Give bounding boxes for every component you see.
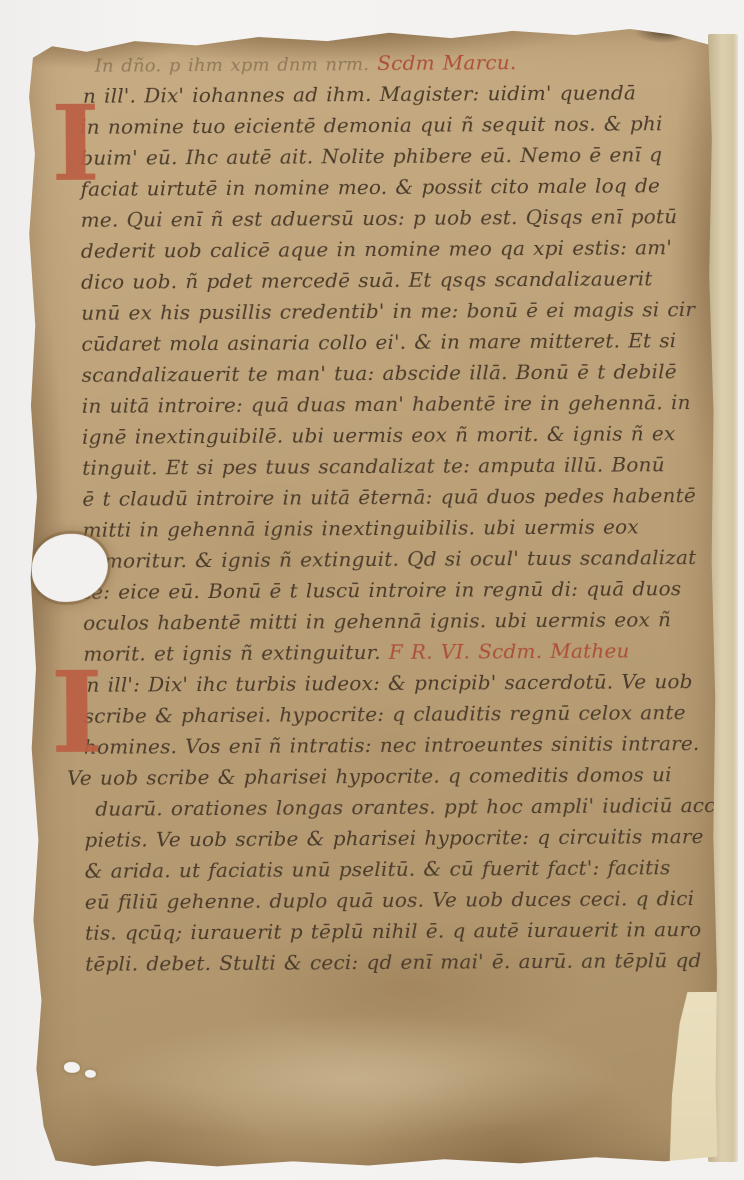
body-text: ignē inextinguibilē. ubi uermis eox ñ mo… bbox=[82, 421, 676, 449]
text-line: In dño. p ihm xpm dnm nrm. Scdm Marcu. bbox=[63, 46, 699, 81]
body-text: mitti in gehennā ignis inextinguibilis. … bbox=[83, 514, 639, 541]
body-text: duarū. orationes longas orantes. ppt hoc… bbox=[95, 793, 722, 821]
body-text: buim' eū. Ihc autē ait. Nolite phibere e… bbox=[80, 142, 662, 170]
rubric-text: F R. VI. Scdm. Matheu bbox=[389, 638, 630, 663]
text-line: te: eice eū. Bonū ē t luscū introire in … bbox=[66, 573, 702, 608]
body-text: faciat uirtutē in nomine meo. & possit c… bbox=[80, 173, 660, 201]
body-text: n ill'. Dix' iohannes ad ihm. Magister: … bbox=[83, 80, 636, 107]
body-text: dico uob. ñ pdet mercedē suā. Et qsqs sc… bbox=[81, 266, 653, 293]
worm-hole-2 bbox=[85, 1070, 96, 1078]
text-line: eū filiū gehenne. duplo quā uos. Ve uob … bbox=[68, 883, 704, 918]
text-line: tēpli. debet. Stulti & ceci: qd enī mai'… bbox=[68, 945, 704, 980]
text-line: tinguit. Et si pes tuus scandalizat te: … bbox=[65, 449, 701, 484]
body-text: scribe & pharisei. hypocrite: q clauditi… bbox=[84, 700, 686, 728]
initial-letter-2: I bbox=[50, 658, 103, 770]
text-line: Ve uob scribe & pharisei hypocrite. q co… bbox=[67, 759, 703, 794]
text-line: n ill'. Dix' iohannes ad ihm. Magister: … bbox=[63, 77, 699, 112]
text-line: unū ex his pusillis credentib' in me: bo… bbox=[64, 294, 700, 329]
text-line: in uitā introire: quā duas man' habentē … bbox=[65, 387, 701, 422]
body-text: n ill': Dix' ihc turbis iudeox: & pncipi… bbox=[86, 669, 692, 697]
manuscript-leaf: In dño. p ihm xpm dnm nrm. Scdm Marcu.n … bbox=[25, 24, 720, 1172]
body-text: ē t claudū introire in uitā ēternā: quā … bbox=[82, 483, 696, 511]
text-line: tis. qcūq; iurauerit p tēplū nihil ē. q … bbox=[68, 914, 704, 949]
body-text: ñ moritur. & ignis ñ extinguit. Qd si oc… bbox=[83, 545, 697, 573]
body-text: in nomine tuo eicientē demonia qui ñ seq… bbox=[80, 111, 663, 139]
body-text: tēpli. debet. Stulti & ceci: qd enī mai'… bbox=[85, 948, 701, 976]
text-line: ignē inextinguibilē. ubi uermis eox ñ mo… bbox=[65, 418, 701, 453]
body-text: me. Qui enī ñ est aduersū uos: p uob est… bbox=[81, 204, 678, 232]
text-line: faciat uirtutē in nomine meo. & possit c… bbox=[63, 170, 699, 205]
body-text: oculos habentē mitti in gehennā ignis. u… bbox=[83, 607, 671, 635]
body-text: in uitā introire: quā duas man' habentē … bbox=[82, 390, 691, 418]
faint-text: In dño. p ihm xpm dnm nrm. bbox=[95, 54, 370, 77]
text-line: mitti in gehennā ignis inextinguibilis. … bbox=[65, 511, 701, 546]
initial-letter-1: I bbox=[51, 92, 100, 196]
body-text: eū filiū gehenne. duplo quā uos. Ve uob … bbox=[85, 886, 694, 914]
scan-background: In dño. p ihm xpm dnm nrm. Scdm Marcu.n … bbox=[0, 0, 744, 1180]
text-line: scandalizauerit te man' tua: abscide ill… bbox=[65, 356, 701, 391]
text-block: In dño. p ihm xpm dnm nrm. Scdm Marcu.n … bbox=[63, 46, 705, 980]
text-line: morit. et ignis ñ extinguitur. F R. VI. … bbox=[66, 635, 702, 670]
body-text: unū ex his pusillis credentib' in me: bo… bbox=[81, 297, 695, 325]
body-text: tinguit. Et si pes tuus scandalizat te: … bbox=[82, 452, 665, 480]
body-text: dederit uob calicē aque in nomine meo qa… bbox=[81, 235, 672, 263]
text-line: scribe & pharisei. hypocrite: q clauditi… bbox=[67, 697, 703, 732]
body-text: Ve uob scribe & pharisei hypocrite. q co… bbox=[67, 762, 672, 790]
text-line: cūdaret mola asinaria collo ei'. & in ma… bbox=[64, 325, 700, 360]
body-text: scandalizauerit te man' tua: abscide ill… bbox=[82, 359, 677, 387]
body-text: pietis. Ve uob scribe & pharisei hypocri… bbox=[84, 824, 703, 852]
text-line: n ill': Dix' ihc turbis iudeox: & pncipi… bbox=[66, 666, 702, 701]
text-line: dico uob. ñ pdet mercedē suā. Et qsqs sc… bbox=[64, 263, 700, 298]
text-line: homines. Vos enī ñ intratis: nec introeu… bbox=[67, 728, 703, 763]
repair-patch bbox=[668, 992, 719, 1168]
text-line: buim' eū. Ihc autē ait. Nolite phibere e… bbox=[63, 139, 699, 174]
text-line: me. Qui enī ñ est aduersū uos: p uob est… bbox=[64, 201, 700, 236]
text-line: oculos habentē mitti in gehennā ignis. u… bbox=[66, 604, 702, 639]
body-text: cūdaret mola asinaria collo ei'. & in ma… bbox=[81, 328, 676, 356]
text-line: & arida. ut faciatis unū pselitū. & cū f… bbox=[68, 852, 704, 887]
text-line: duarū. orationes longas orantes. ppt hoc… bbox=[67, 790, 703, 825]
text-line: ñ moritur. & ignis ñ extinguit. Qd si oc… bbox=[66, 542, 702, 577]
rubric-text: Scdm Marcu. bbox=[369, 50, 516, 75]
text-line: in nomine tuo eicientē demonia qui ñ seq… bbox=[63, 108, 699, 143]
body-text: homines. Vos enī ñ intratis: nec introeu… bbox=[84, 731, 700, 759]
text-line: pietis. Ve uob scribe & pharisei hypocri… bbox=[67, 821, 703, 856]
body-text: morit. et ignis ñ extinguitur. bbox=[83, 640, 389, 666]
text-line: dederit uob calicē aque in nomine meo qa… bbox=[64, 232, 700, 267]
worm-hole-1 bbox=[64, 1062, 80, 1073]
body-text: & arida. ut faciatis unū pselitū. & cū f… bbox=[85, 855, 671, 883]
body-text: tis. qcūq; iurauerit p tēplū nihil ē. q … bbox=[85, 917, 701, 945]
text-line: ē t claudū introire in uitā ēternā: quā … bbox=[65, 480, 701, 515]
body-text: te: eice eū. Bonū ē t luscū introire in … bbox=[83, 576, 681, 604]
